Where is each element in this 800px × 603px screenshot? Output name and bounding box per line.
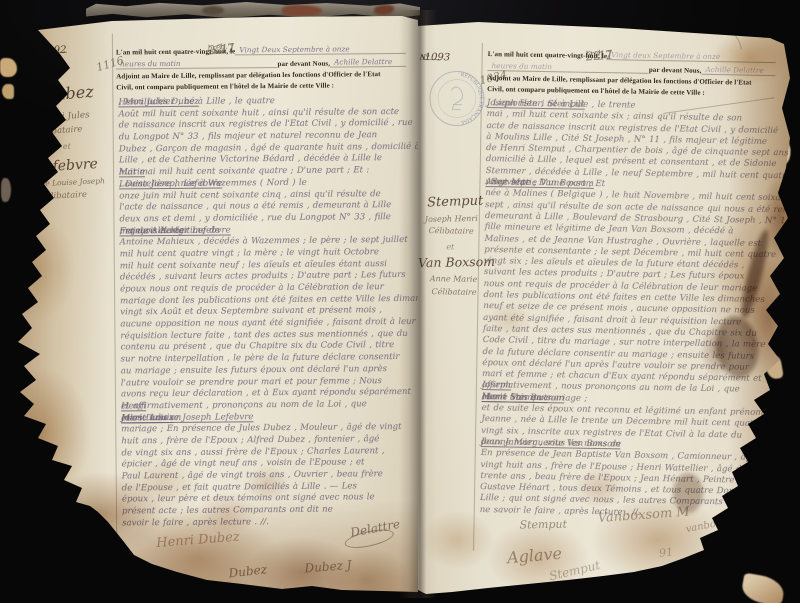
spine-stain bbox=[202, 6, 224, 15]
book-gutter-shadow bbox=[399, 10, 437, 598]
signature: Dubez J bbox=[304, 558, 352, 576]
spine-stain bbox=[374, 5, 394, 15]
signature: Stemput bbox=[519, 518, 567, 532]
margin-conjunction: et bbox=[446, 242, 454, 251]
right-body: Joseph Henri Stemput , Liquoriste , né à… bbox=[480, 98, 775, 521]
left-margin-rule bbox=[112, 33, 118, 563]
signature: vanbox bbox=[685, 518, 723, 536]
right-page-content: N°1093 · RÉPUBLIQUE FRANÇAISE · 1034 22 … bbox=[408, 18, 790, 603]
burn-mark bbox=[673, 473, 703, 513]
act-number-value: 1092 bbox=[41, 45, 67, 56]
margin-given-groom: Henri Jules bbox=[38, 110, 90, 123]
pencil-note: 91 bbox=[658, 545, 673, 560]
handwritten-officer: Achille Delattre bbox=[330, 57, 406, 68]
printed-header-left: L'an mil huit cent quatre-vingt-huit, le… bbox=[116, 41, 406, 92]
margin-conjunction: et bbox=[63, 142, 71, 151]
printed-header-right: L'an mil huit cent quatre-vingt-huit, le… bbox=[487, 45, 776, 98]
margin-status-bride: Célibataire bbox=[39, 190, 87, 202]
torn-paper-fragment bbox=[2, 84, 14, 99]
no-label: N° bbox=[36, 45, 46, 55]
torn-paper-fragment bbox=[0, 58, 17, 77]
margin-surname-bride: Lefebvre bbox=[35, 156, 99, 176]
spine-stain bbox=[282, 5, 322, 16]
margin-surname-groom: Dubez bbox=[42, 82, 95, 105]
header-row: Civil, ont comparu publiquement en l'hôt… bbox=[116, 78, 406, 92]
right-page: N°1093 · RÉPUBLIQUE FRANÇAISE · 1034 22 … bbox=[418, 18, 790, 598]
torn-paper-scrap bbox=[740, 573, 786, 603]
left-body: Henri Jules Dubez , Mouluchier , né à Li… bbox=[118, 95, 418, 530]
signature: Dubez bbox=[228, 562, 268, 580]
margin-status-bride: Célibataire bbox=[431, 287, 476, 297]
left-page: N°1092 1116 22 7bre 11h. L'an mil huit c… bbox=[12, 14, 418, 595]
burn-mark bbox=[14, 196, 28, 256]
signature: E Dubez bbox=[116, 564, 163, 580]
margin-given-bride: Marie Louise Joseph bbox=[27, 176, 105, 188]
torn-paper-fragment bbox=[1, 178, 11, 202]
signature: Aglave bbox=[506, 544, 562, 568]
register-book-scan: N°1092 1116 22 7bre 11h. L'an mil huit c… bbox=[0, 0, 800, 603]
margin-status-groom: Célibataire bbox=[34, 124, 82, 137]
signature: Henri Dubez bbox=[156, 529, 240, 551]
printed-text: Civil, ont comparu publiquement en l'hôt… bbox=[487, 85, 705, 97]
act-number-left: N°1092 bbox=[36, 45, 67, 55]
left-page-content: N°1092 1116 22 7bre 11h. L'an mil huit c… bbox=[12, 11, 423, 596]
printed-text: Civil, ont comparu publiquement en l'hôt… bbox=[116, 82, 334, 92]
